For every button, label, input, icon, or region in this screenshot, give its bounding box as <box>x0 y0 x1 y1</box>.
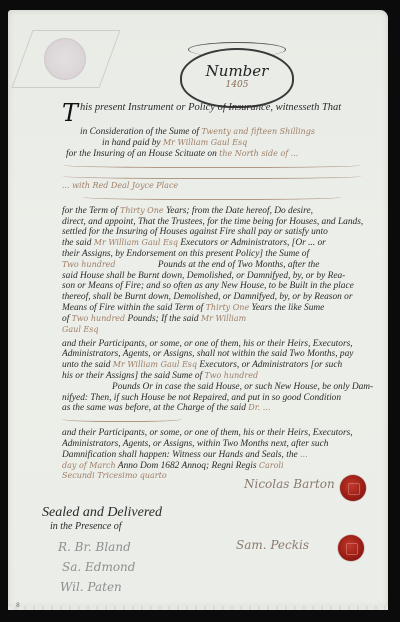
policy-line: for the Term of Thirty One Years; from t… <box>62 206 380 217</box>
policy-line: the said Mr William Gaul Esq Executors o… <box>62 238 380 249</box>
printed-text: direct, and appoint, That the Trustees, … <box>62 217 363 227</box>
handwritten-fill: Mr William Gaul Esq <box>113 360 197 369</box>
printed-text: the said <box>62 238 91 248</box>
folio-mark: 8 <box>16 602 20 609</box>
policy-line: for the Insuring of an House Scituate on… <box>66 149 380 160</box>
printed-text: for the Term of <box>62 206 118 216</box>
printed-text: their Assigns, by Endorsement on this pr… <box>62 249 309 259</box>
policy-line: Means of Fire within the said Term of Th… <box>62 303 380 314</box>
policy-line: said House shall be Burnt down, Demolish… <box>62 271 380 282</box>
handwritten-fill: the North side of ... <box>219 149 298 158</box>
printed-text: nifyed: Then, if such House be not Repai… <box>62 393 341 403</box>
handwritten-fill: Two hundred <box>205 371 259 380</box>
printed-text: Means of Fire within the said Term of <box>62 303 203 313</box>
handwritten-scribble <box>62 172 362 179</box>
handwritten-fill: Secundi Tricesimo quarto <box>62 471 167 480</box>
policy-line: settled for the Insuring of Houses again… <box>62 227 380 238</box>
printed-text: of <box>62 314 69 324</box>
policy-line: Gaul Esq <box>62 325 380 339</box>
opening-text: his present Instrument or Policy of Insu… <box>80 103 341 113</box>
policy-line: and their Participants, or some, or one … <box>62 339 380 350</box>
policy-line: Pounds Or in case the said House, or suc… <box>62 382 380 393</box>
printed-text: Pounds at the end of Two Months, after t… <box>158 260 320 270</box>
policy-line: as the same was before, at the Charge of… <box>62 403 380 414</box>
handwritten-fill: Two hundred <box>62 260 116 269</box>
policy-line: in hand paid by Mr William Gaul Esq <box>102 138 380 149</box>
printed-text: Pounds; If the said <box>128 314 199 324</box>
sealed-title: Sealed and Delivered <box>42 505 162 521</box>
handwritten-scribble <box>62 415 182 422</box>
handwritten-fill: ... <box>300 450 308 459</box>
printed-text: Anno Dom 1682 Annoq; Regni Regis <box>118 461 257 471</box>
witness-signature: Wil. Paten <box>60 580 122 594</box>
policy-line <box>62 159 380 170</box>
policy-line: of Two hundred Pounds; If the said Mr Wi… <box>62 314 380 325</box>
policy-line: Damnification shall happen: Witness our … <box>62 450 380 461</box>
signatory-signature: Sam. Peckis <box>236 538 309 552</box>
handwritten-fill: Thirty One <box>120 206 164 215</box>
handwritten-fill: day of March <box>62 461 116 470</box>
printed-text: Years the like Sume <box>252 303 325 313</box>
number-label: Number <box>182 62 292 80</box>
printed-text: unto the said <box>62 360 110 370</box>
handwritten-fill: Mr William Gaul Esq <box>94 238 178 247</box>
handwritten-fill: Mr William <box>201 314 246 323</box>
printed-text: for the Insuring of an House Scituate on <box>66 149 217 159</box>
policy-line: son or Means of Fire; and so often as an… <box>62 281 380 292</box>
printed-text: Damnification shall happen: Witness our … <box>62 450 298 460</box>
handwritten-fill: Thirty One <box>206 303 250 312</box>
policy-number: 1405 <box>182 80 292 90</box>
policy-line: nifyed: Then, if such House be not Repai… <box>62 393 380 404</box>
handwritten-fill: ... with Red Deal Joyce Place <box>62 181 178 190</box>
handwritten-fill: Dr. ... <box>248 403 270 412</box>
printed-text: Executors, or Administrators [or such <box>199 360 342 370</box>
printed-text: as the same was before, at the Charge of… <box>62 403 246 413</box>
policy-line: unto the said Mr William Gaul Esq Execut… <box>62 360 380 371</box>
printed-text: in Consideration of the Sume of <box>80 127 199 137</box>
policy-line: ... with Red Deal Joyce Place <box>62 181 380 192</box>
policy-line <box>62 192 380 206</box>
policy-line <box>62 414 380 428</box>
printed-text: settled for the Insuring of Houses again… <box>62 227 328 237</box>
policy-line: Administrators, Agents, or Assigns, shal… <box>62 349 380 360</box>
policy-line: and their Participants, or some, or one … <box>62 428 380 439</box>
sealed-delivered-block: Sealed and Delivered in the Presence of <box>42 505 162 532</box>
handwritten-fill: Gaul Esq <box>62 325 98 334</box>
wax-seal-icon <box>338 535 364 561</box>
handwritten-fill: Twenty and fifteen Shillings <box>201 127 315 136</box>
policy-body: This present Instrument or Policy of Ins… <box>62 103 380 482</box>
printed-text: Years; from the Date hereof, Do desire, <box>166 206 313 216</box>
policy-line: in Consideration of the Sume of Twenty a… <box>80 127 380 138</box>
printed-text: son or Means of Fire; and so often as an… <box>62 281 354 291</box>
decorated-initial: T <box>62 103 78 123</box>
handwritten-fill: Mr William Gaul Esq <box>163 138 247 147</box>
policy-line: direct, and appoint, That the Trustees, … <box>62 217 380 228</box>
opening-line: This present Instrument or Policy of Ins… <box>62 103 380 123</box>
flourish-line <box>82 193 342 200</box>
wax-seal-icon <box>340 475 366 501</box>
policy-line: thereof, shall be Burnt down, Demolished… <box>62 292 380 303</box>
sealed-subtitle: in the Presence of <box>50 521 162 532</box>
policy-line: Administrators, Agents, or Assigns, with… <box>62 439 380 450</box>
printed-text: thereof, shall be Burnt down, Demolished… <box>62 292 353 302</box>
printed-text: said House shall be Burnt down, Demolish… <box>62 271 345 281</box>
policy-line: day of March Anno Dom 1682 Annoq; Regni … <box>62 461 380 472</box>
blind-embossed-seal-icon <box>44 38 86 80</box>
printed-text: Administrators, Agents, or Assigns, shal… <box>62 349 353 359</box>
witness-signature: R. Br. Bland <box>58 540 131 554</box>
signatory-signature: Nicolas Barton <box>244 477 335 491</box>
printed-text: Administrators, Agents, or Assigns, with… <box>62 439 328 449</box>
printed-text: and their Participants, or some, or one … <box>62 339 353 349</box>
policy-line <box>62 170 380 181</box>
handwritten-fill: Two hundred <box>72 314 126 323</box>
printed-text: in hand paid by <box>102 138 161 148</box>
printed-text: Executors or Administrators, [Or ... or <box>180 238 325 248</box>
witness-signature: Sa. Edmond <box>62 560 135 574</box>
number-cartouche: Number 1405 <box>180 48 294 108</box>
handwritten-scribble <box>62 161 362 168</box>
printed-text: Pounds Or in case the said House, or suc… <box>112 382 373 392</box>
policy-line: his or their Assigns] the said Sume of T… <box>62 371 380 382</box>
printed-text: his or their Assigns] the said Sume of <box>62 371 202 381</box>
handwritten-fill: Caroli <box>259 461 284 470</box>
policy-line: their Assigns, by Endorsement on this pr… <box>62 249 380 260</box>
policy-line: Two hundred Pounds at the end of Two Mon… <box>62 260 380 271</box>
printed-text: and their Participants, or some, or one … <box>62 428 353 438</box>
